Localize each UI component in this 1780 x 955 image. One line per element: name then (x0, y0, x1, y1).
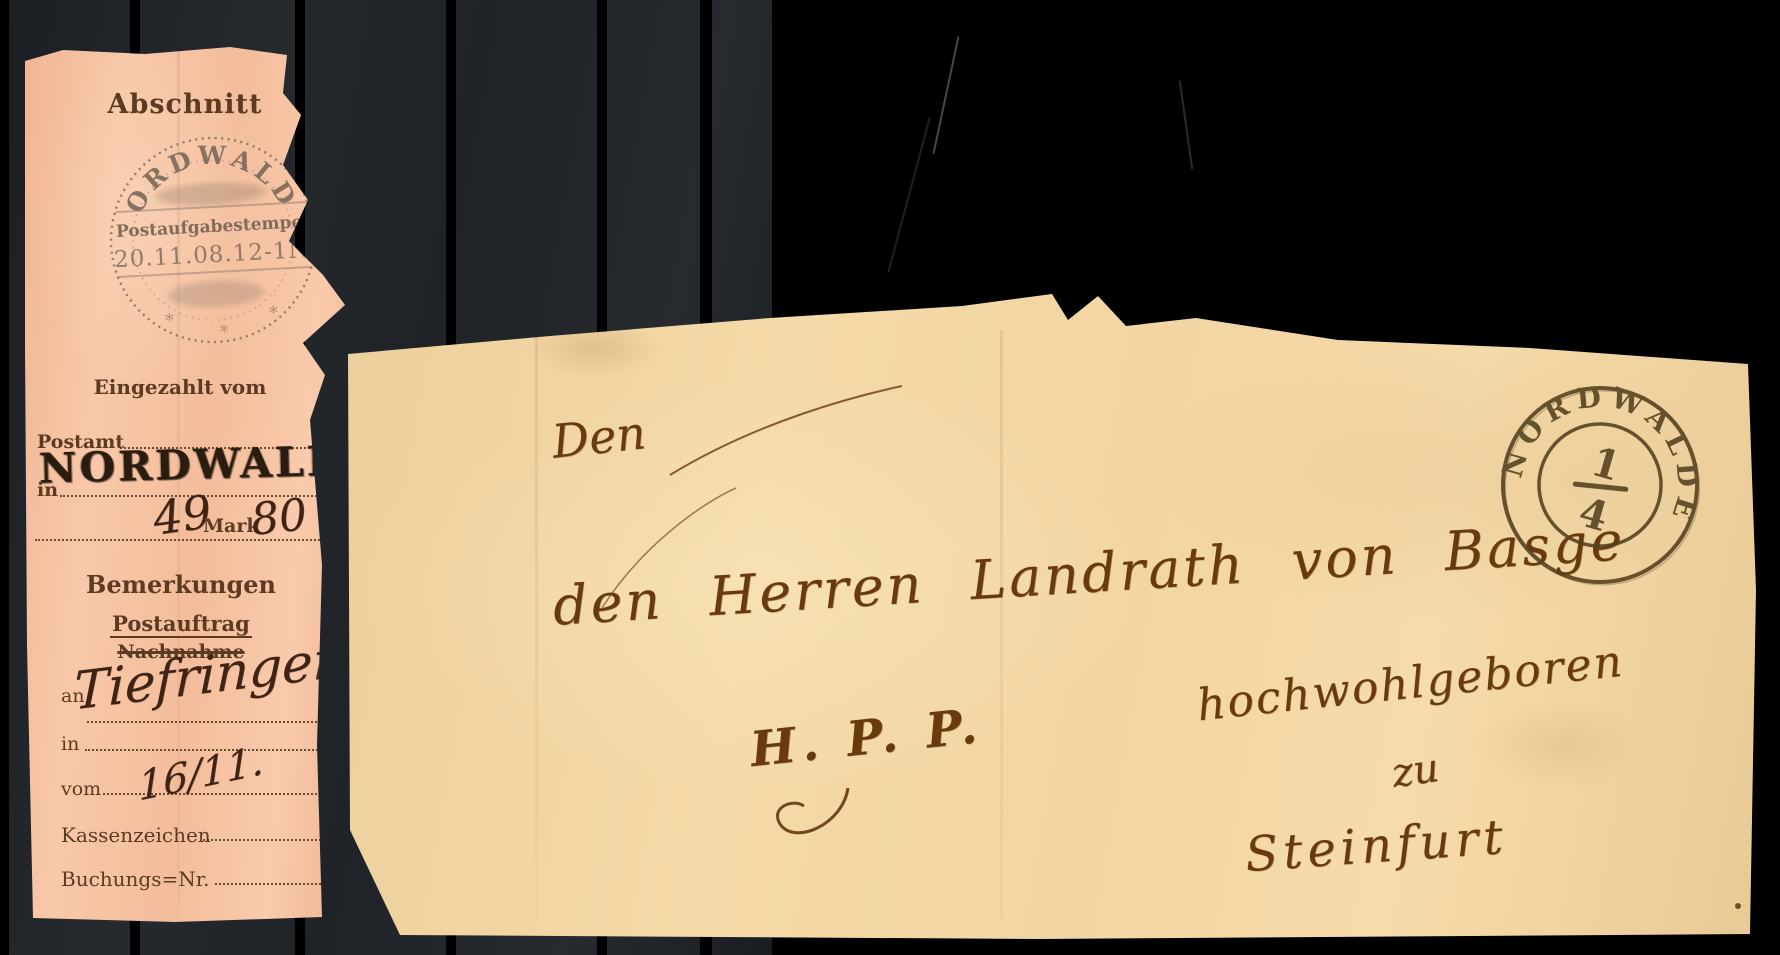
photo-backdrop: Abschnitt NORDWALDE Postaufgabestempel 2… (0, 0, 1780, 955)
address-initials: H. P. P. (748, 698, 986, 778)
amount-dotted-line (35, 539, 327, 541)
postmark-star: * (165, 310, 175, 331)
scratch-mark (933, 36, 960, 154)
vom-label: vom (61, 778, 101, 800)
ink-dot (1735, 903, 1741, 909)
buchungsnr-label: Buchungs=Nr. (61, 867, 209, 891)
slip-postmark-town: NORDWALDE (117, 135, 306, 250)
scratch-mark (1179, 80, 1194, 169)
envelope-fold-line (535, 330, 538, 920)
address-salutation: Den (549, 405, 648, 469)
ink-flourish (777, 788, 848, 833)
bemerkungen-heading: Bemerkungen (25, 570, 337, 599)
address-town: Steinfurt (1243, 809, 1509, 883)
slip-postmark-date: 20.11.08.12-1N (113, 237, 310, 273)
postauftrag-label: Postauftrag (25, 611, 337, 636)
in2-label: in (61, 733, 79, 755)
postmark-band-top (115, 202, 307, 212)
address-addressee-line: den Herren Landrath von Basge (551, 509, 1627, 637)
postmark-star: * (219, 321, 229, 342)
address-zu: zu (1389, 745, 1442, 797)
slip-postmark-label: Postaufgabestempel (116, 212, 310, 242)
postmark-band-bottom (117, 267, 313, 277)
slip-title: Abschnitt (80, 89, 290, 120)
postmark-smudge (155, 180, 266, 208)
postmark-smudge (167, 278, 264, 309)
address-honorific: hochwohlgeboren (1195, 636, 1627, 732)
eingezahlt-label: Eingezahlt vom (35, 375, 325, 399)
buchungsnr-dotted-line (215, 883, 329, 885)
postmark-fraction-bar (1575, 476, 1626, 498)
ink-flourish (670, 386, 902, 475)
envelope-fold-line (1000, 330, 1003, 920)
in-label: in (37, 479, 58, 501)
postmark-fraction-numerator: 1 (1586, 438, 1626, 491)
kassenzeichen-dotted-line (203, 839, 329, 841)
scratch-mark (887, 117, 930, 272)
postmark-star: * (268, 303, 278, 324)
amount-pf-value: 80 (248, 489, 309, 546)
envelope: Den den Herren Landrath von Basge hochwo… (340, 290, 1760, 940)
an-dotted-line (87, 721, 329, 723)
envelope-postmark-town: NORDWALDE (1495, 365, 1720, 530)
kassenzeichen-label: Kassenzeichen (61, 823, 211, 847)
postmark-inner-dotted-ring (129, 156, 297, 324)
